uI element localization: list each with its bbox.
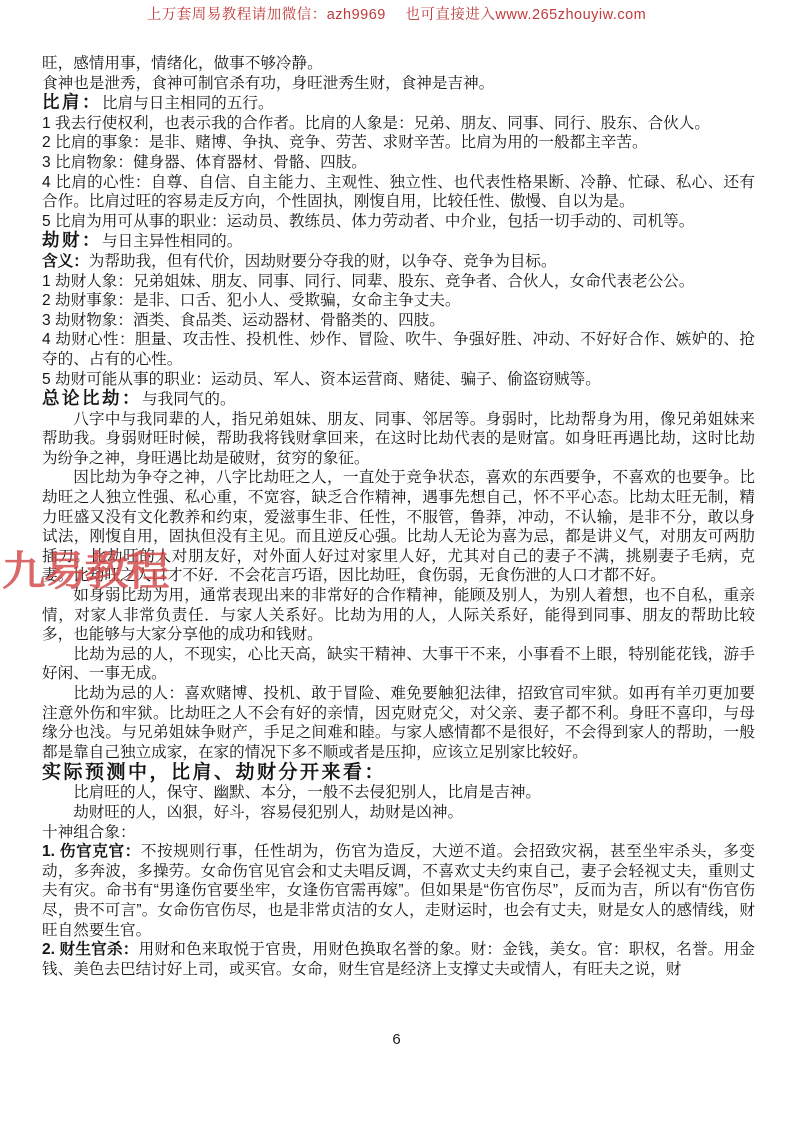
paragraph: 八字中与我同辈的人，指兄弟姐妹、朋友、同事、邻居等。身弱时，比劫帮身为用，像兄弟… [42, 410, 755, 469]
document-page: 上万套周易教程请加微信：azh9969 也可直接进入www.265zhouyiw… [0, 0, 793, 1121]
paragraph: 因比劫为争夺之神，八字比劫旺之人，一直处于竞争状态，喜欢的东西要争，不喜欢的也要… [42, 468, 755, 586]
paragraph: 1 劫财人象：兄弟姐妹、朋友、同事、同行、同辈、股东、竞争者、合伙人，女命代表老… [42, 272, 755, 292]
paragraph: 5 比肩为用可从事的职业：运动员、教练员、体力劳动者、中介业，包括一切手动的、司… [42, 212, 755, 232]
paragraph: 3 比肩物象：健身器、体育器材、骨骼、四肢。 [42, 153, 755, 173]
paragraph-lead: 劫财： [42, 230, 102, 250]
paragraph: 5 劫财可能从事的职业：运动员、军人、资本运营商、赌徒、骗子、偷盗窃贼等。 [42, 370, 755, 390]
paragraph: 4 比肩的心性：自尊、自信、自主能力、主观性、独立性、也代表性格果断、冷静、忙碌… [42, 173, 755, 212]
section-heading: 实际预测中，比肩、劫财分开来看： [42, 762, 755, 783]
paragraph: 2. 财生官杀：用财和色来取悦于官贵，用财色换取名誉的象。财：金钱，美女。官：职… [42, 940, 755, 979]
paragraph: 2 劫财事象：是非、口舌、犯小人、受欺骗，女命主争丈夫。 [42, 291, 755, 311]
paragraph: 总论比劫：与我同气的。 [42, 389, 755, 410]
paragraph: 4 劫财心性：胆量、攻击性、投机性、炒作、冒险、吹牛、争强好胜、冲动、不好好合作… [42, 330, 755, 369]
paragraph: 旺，感情用事，情绪化，做事不够冷静。 [42, 54, 755, 74]
paragraph-lead: 总论比劫： [42, 388, 142, 408]
paragraph: 3 劫财物象：酒类、食品类、运动器材、骨骼类的、四肢。 [42, 311, 755, 331]
paragraph: 十神组合象： [42, 823, 755, 843]
paragraph: 比劫为忌的人：喜欢赌博、投机、敢于冒险、难免要触犯法律，招致官司牢狱。如再有羊刃… [42, 684, 755, 762]
paragraph: 比劫为忌的人，不现实，心比天高，缺实干精神、大事干不来，小事看不上眼，特别能花钱… [42, 645, 755, 684]
paragraph: 2 比肩的事象：是非、赌博、争执、竞争、劳苦、求财辛苦。比肩为用的一般都主辛苦。 [42, 133, 755, 153]
paragraph: 如身弱比劫为用，通常表现出来的非常好的合作精神，能顾及别人，为别人着想，也不自私… [42, 586, 755, 645]
paragraph-lead: 含义： [42, 253, 89, 270]
paragraph: 食神也是泄秀，食神可制官杀有功，身旺泄秀生财，食神是吉神。 [42, 74, 755, 94]
paragraph-lead: 2. 财生官杀： [42, 941, 139, 958]
paragraph: 1 我去行使权利，也表示我的合作者。比肩的人象是：兄弟、朋友、同事、同行、股东、… [42, 114, 755, 134]
paragraph: 比肩旺的人，保守、幽默、本分，一般不去侵犯别人，比肩是吉神。 [42, 783, 755, 803]
page-number: 6 [0, 1031, 793, 1048]
paragraph: 比肩：比肩与日主相同的五行。 [42, 93, 755, 114]
paragraph-lead: 1. 伤官克官： [42, 843, 141, 860]
document-body: 旺，感情用事，情绪化，做事不够冷静。食神也是泄秀，食神可制官杀有功，身旺泄秀生财… [42, 54, 755, 979]
paragraph: 1. 伤官克官：不按规则行事，任性胡为，伤官为造反，大逆不道。会招致灾祸，甚至坐… [42, 842, 755, 940]
paragraph: 劫财旺的人，凶狠，好斗，容易侵犯别人，劫财是凶神。 [42, 803, 755, 823]
paragraph: 含义：为帮助我，但有代价，因劫财要分夺我的财，以争夺、竞争为目标。 [42, 252, 755, 272]
paragraph: 劫财：与日主异性相同的。 [42, 231, 755, 252]
paragraph-lead: 比肩： [42, 92, 102, 112]
header-promo-text: 上万套周易教程请加微信：azh9969 也可直接进入www.265zhouyiw… [0, 3, 793, 24]
